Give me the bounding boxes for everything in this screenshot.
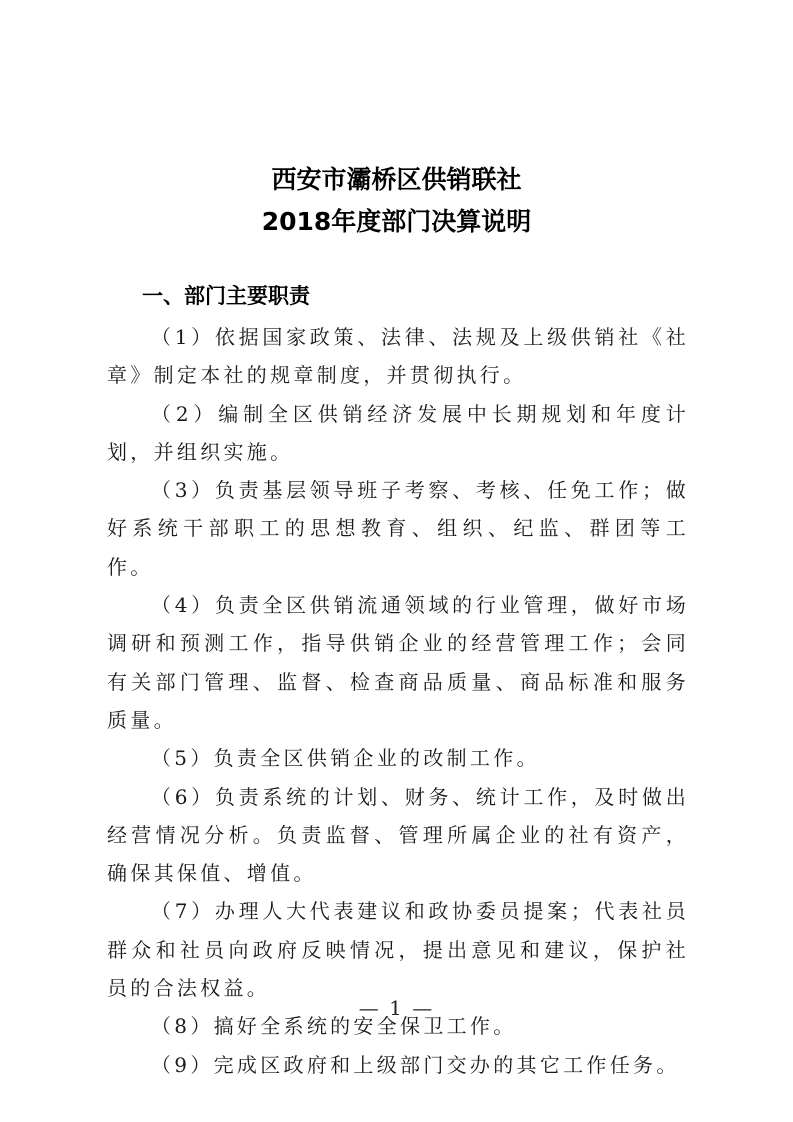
document-body: （1）依据国家政策、法律、法规及上级供销社《社章》制定本社的规章制度，并贯彻执行… (107, 318, 689, 1084)
document-title-line1: 西安市灞桥区供销联社 (0, 160, 793, 196)
paragraph-7: （7）办理人大代表建议和政协委员提案；代表社员群众和社员向政府反映情况，提出意见… (107, 892, 689, 1007)
paragraph-9: （9）完成区政府和上级部门交办的其它工作任务。 (107, 1046, 689, 1084)
paragraph-1: （1）依据国家政策、法律、法规及上级供销社《社章》制定本社的规章制度，并贯彻执行… (107, 318, 689, 395)
paragraph-5: （5）负责全区供销企业的改制工作。 (107, 739, 689, 777)
section-heading: 一、部门主要职责 (142, 280, 310, 310)
document-page: 西安市灞桥区供销联社 2018年度部门决算说明 一、部门主要职责 （1）依据国家… (0, 0, 793, 1122)
paragraph-3: （3）负责基层领导班子考察、考核、任免工作；做好系统干部职工的思想教育、组织、纪… (107, 471, 689, 586)
paragraph-4: （4）负责全区供销流通领域的行业管理，做好市场调研和预测工作，指导供销企业的经营… (107, 586, 689, 739)
paragraph-6: （6）负责系统的计划、财务、统计工作，及时做出经营情况分析。负责监督、管理所属企… (107, 778, 689, 893)
document-title-line2: 2018年度部门决算说明 (0, 202, 793, 238)
paragraph-2: （2）编制全区供销经济发展中长期规划和年度计划，并组织实施。 (107, 395, 689, 472)
page-number: — 1 — (0, 996, 793, 1020)
